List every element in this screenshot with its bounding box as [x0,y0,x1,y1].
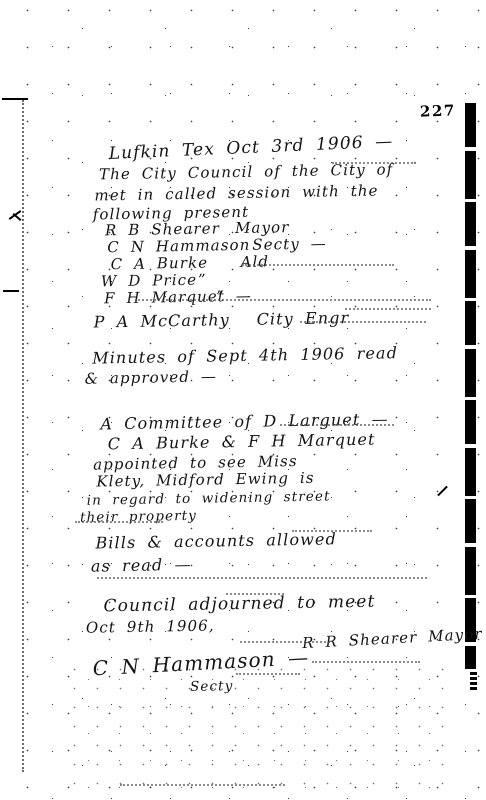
roster-role: Mayor [235,220,290,236]
minutes-note-line: Minutes of Sept 4th 1906 read [92,345,398,366]
heading-line: met in called session with the [94,184,378,204]
adjournment-line: Oct 9th 1906, [86,618,215,635]
rule-trace [97,577,427,579]
committee-line: Klety, Midford Ewing is [96,471,314,490]
heading-line: The City Council of the City of [99,162,394,182]
roster-name: P A McCarthy [93,312,230,330]
minutes-note-line: & approved — [84,369,217,386]
handwriting-layer: Lufkin Tex Oct 3rd 1906 — The City Counc… [0,0,486,800]
bills-line: as read — [91,557,192,575]
roster-role: Secty — [252,236,327,252]
adjournment-line: Council adjourned to meet [103,594,375,616]
committee-line: C A Burke & F H Marquet [108,432,376,453]
rule-trace [280,424,394,426]
roster-name: C N Hammason [107,238,250,255]
roster-role: City Engr [256,310,349,328]
rule-trace [292,530,372,532]
committee-line: in regard to widening street [87,490,331,508]
rule-trace [242,264,394,266]
rule-trace [120,784,285,786]
roster-role: ” [216,289,225,304]
roster-name: F H Marquet — [104,289,252,307]
bills-line: Bills & accounts allowed [95,531,337,551]
rule-trace [240,641,330,643]
rule-trace [75,521,163,523]
rule-trace [312,661,420,663]
rule-trace [332,162,416,164]
roster-role: Ald [240,254,269,269]
scanned-minutes-page: 227 Lufkin Tex Oct 3rd 1906 — The City C… [0,0,486,800]
rule-trace [345,308,431,310]
roster-name: C A Burke [110,256,208,273]
dateline: Lufkin Tex Oct 3rd 1906 — [108,134,393,163]
mayor-signature: R R Shearer Mayor [302,627,483,651]
roster-role: ” [198,273,207,288]
rule-trace [135,299,431,301]
secretary-title: Secty [190,680,234,694]
rule-trace [226,593,284,595]
roster-name: W D Price [101,273,197,290]
rule-trace [236,673,300,675]
rule-trace [300,321,426,323]
